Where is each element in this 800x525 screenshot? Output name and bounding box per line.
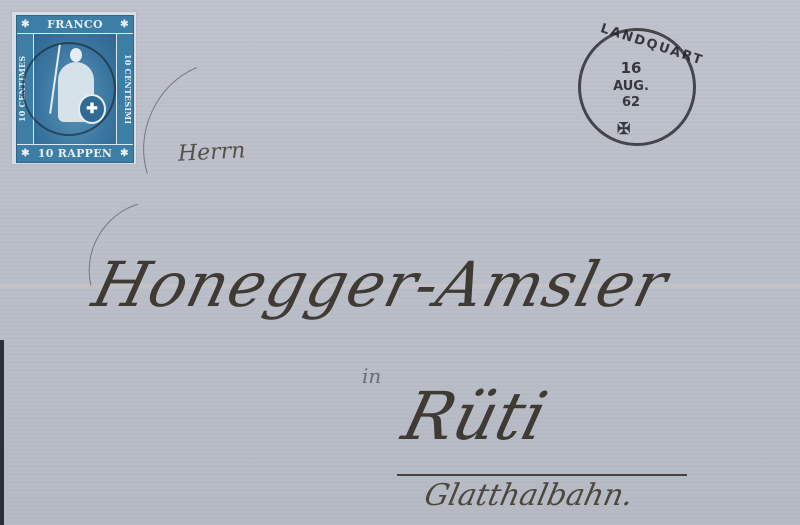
star-icon: ✱ bbox=[116, 19, 133, 30]
star-icon: ✱ bbox=[116, 148, 133, 159]
stamp-value-text: 10 RAPPEN bbox=[38, 147, 113, 160]
destination-town: Rüti bbox=[395, 378, 554, 455]
stamp-cancellation-ring bbox=[22, 42, 116, 136]
address-underline bbox=[397, 474, 687, 476]
stamp-top-text: FRANCO bbox=[47, 18, 103, 31]
left-edge-shadow bbox=[0, 340, 4, 525]
preposition-text: in bbox=[362, 364, 381, 388]
postmark-day: 16 bbox=[581, 59, 681, 77]
postmark: LANDQUART 16 AUG. 62 ✠ bbox=[578, 28, 696, 146]
postmark-month: AUG. bbox=[581, 79, 681, 94]
railway-route: Glatthalbahn. bbox=[421, 478, 636, 513]
cross-icon: ✠ bbox=[617, 119, 630, 138]
recipient-name: Honegger-Amsler bbox=[86, 248, 675, 321]
salutation-text: Herrn bbox=[177, 138, 246, 166]
stamp-right-text: 10 CENTESIMI bbox=[116, 34, 133, 144]
postmark-year: 62 bbox=[581, 95, 681, 110]
stamp-top-band: ✱ FRANCO ✱ bbox=[17, 16, 133, 34]
star-icon: ✱ bbox=[17, 19, 34, 30]
star-icon: ✱ bbox=[17, 148, 34, 159]
stamp-bottom-band: ✱ 10 RAPPEN ✱ bbox=[17, 144, 133, 162]
postage-stamp: ✱ FRANCO ✱ 10 CENTIMES ✚ 10 CENTESIMI ✱ … bbox=[12, 12, 136, 164]
letter-sheet: ✱ FRANCO ✱ 10 CENTIMES ✚ 10 CENTESIMI ✱ … bbox=[0, 0, 800, 525]
